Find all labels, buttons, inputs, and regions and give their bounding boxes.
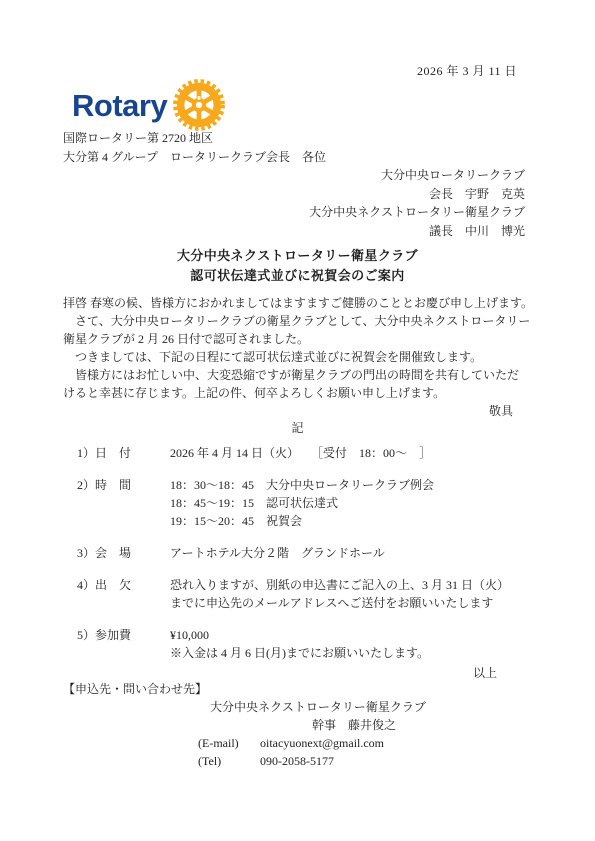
contact-block: 【申込先・問い合わせ先】 大分中央ネクストロータリー衛星クラブ 幹事 藤井俊之 … [63,680,426,770]
tel-label: (Tel) [198,752,260,770]
recipient-block: 国際ロータリー第 2720 地区 大分第 4 グループ ロータリークラブ会長 各… [63,129,326,167]
body-line: 拝啓 春寒の候、皆様方におかれましてはますますご健勝のこととお慶び申し上げます。 [63,294,535,312]
item-venue-label: 3）会 場 [77,544,170,562]
item-date-value: 2026 年 4 月 14 日（火） ［受付 18：00～ ］ [170,444,537,462]
item-time-row: 19：15～20：45 祝賀会 [170,512,537,530]
item-attendance-label: 4）出 欠 [77,576,170,612]
sender-club: 大分中央ロータリークラブ [309,166,525,185]
rotary-wordmark: Rotary [72,90,167,121]
item-fee: 5）参加費 ¥10,000 ※入金は 4 月 6 日(月)までにお願いいたします… [77,626,537,662]
tel-value: 090-2058-5177 [260,752,334,770]
sender-president: 会長 宇野 克英 [309,185,525,204]
rotary-wheel-icon [172,78,226,132]
end-marker: 以上 [473,664,497,681]
item-date-label: 1）日 付 [77,444,170,462]
item-fee-label: 5）参加費 [77,626,170,662]
sender-chair: 議長 中川 博光 [309,222,525,241]
contact-club: 大分中央ネクストロータリー衛星クラブ [210,698,426,716]
item-time-row: 18：45～19：15 認可状伝達式 [170,494,537,512]
document-title-line2: 認可状伝達式並びに祝賀会のご案内 [0,266,595,286]
email-label: (E-mail) [198,734,260,752]
recipient-addressee: 大分第 4 グループ ロータリークラブ会長 各位 [63,148,326,167]
letter-date: 2026 年 3 月 11 日 [417,62,517,79]
sender-block: 大分中央ロータリークラブ 会長 宇野 克英 大分中央ネクストロータリー衛星クラブ… [309,166,525,240]
letter-body: 拝啓 春寒の候、皆様方におかれましてはますますご健勝のこととお慶び申し上げます。… [63,294,535,402]
contact-tel-row: (Tel) 090-2058-5177 [198,752,426,770]
body-line: 皆様方にはお忙しい中、大変恐縮ですが衛星クラブの門出の時間を共有していただ [63,366,535,384]
contact-email-row: (E-mail) oitacyuonext@gmail.com [198,734,426,752]
item-attendance: 4）出 欠 恐れ入りますが、別紙の申込書にご記入の上、3 月 31 日（火） ま… [77,576,537,612]
document-title-line1: 大分中央ネクストロータリー衛星クラブ [0,246,595,266]
item-venue-value: アートホテル大分２階 グランドホール [170,544,537,562]
item-time-label: 2）時 間 [77,476,170,530]
record-marker: 記 [0,419,595,436]
detail-items: 1）日 付 2026 年 4 月 14 日（火） ［受付 18：00～ ］ 2）… [77,444,537,676]
body-line: つきましては、下記の日程にて認可状伝達式並びに祝賀会を開催致します。 [63,348,535,366]
item-time-row: 18：30～18：45 大分中央ロータリークラブ例会 [170,476,537,494]
body-line: さて、大分中央ロータリークラブの衛星クラブとして、大分中央ネクストロータリー [63,312,535,330]
item-attendance-row: までに申込先のメールアドレスへご送付をお願いいたします [170,594,537,612]
contact-heading: 【申込先・問い合わせ先】 [63,680,426,698]
item-fee-value: ¥10,000 [170,626,537,644]
item-attendance-row: 恐れ入りますが、別紙の申込書にご記入の上、3 月 31 日（火） [170,576,537,594]
recipient-district: 国際ロータリー第 2720 地区 [63,129,326,148]
item-venue: 3）会 場 アートホテル大分２階 グランドホール [77,544,537,562]
item-fee-note: ※入金は 4 月 6 日(月)までにお願いいたします。 [170,644,537,662]
closing-keigu: 敬具 [489,402,513,419]
item-time: 2）時 間 18：30～18：45 大分中央ロータリークラブ例会 18：45～1… [77,476,537,530]
sender-satellite-club: 大分中央ネクストロータリー衛星クラブ [309,203,525,222]
contact-officer: 幹事 藤井俊之 [312,716,426,734]
item-date: 1）日 付 2026 年 4 月 14 日（火） ［受付 18：00～ ］ [77,444,537,462]
letter-page: 2026 年 3 月 11 日 Rotary 国際ロータリー第 2720 地区 … [0,0,595,841]
body-line: けると幸甚に存じます。上記の件、何卒よろしくお願い申し上げます。 [63,384,535,402]
email-value: oitacyuonext@gmail.com [260,734,384,752]
body-line: 衛星クラブが 2 月 26 日付で認可されました。 [63,330,535,348]
rotary-logo: Rotary [72,78,226,132]
document-title: 大分中央ネクストロータリー衛星クラブ 認可状伝達式並びに祝賀会のご案内 [0,246,595,285]
